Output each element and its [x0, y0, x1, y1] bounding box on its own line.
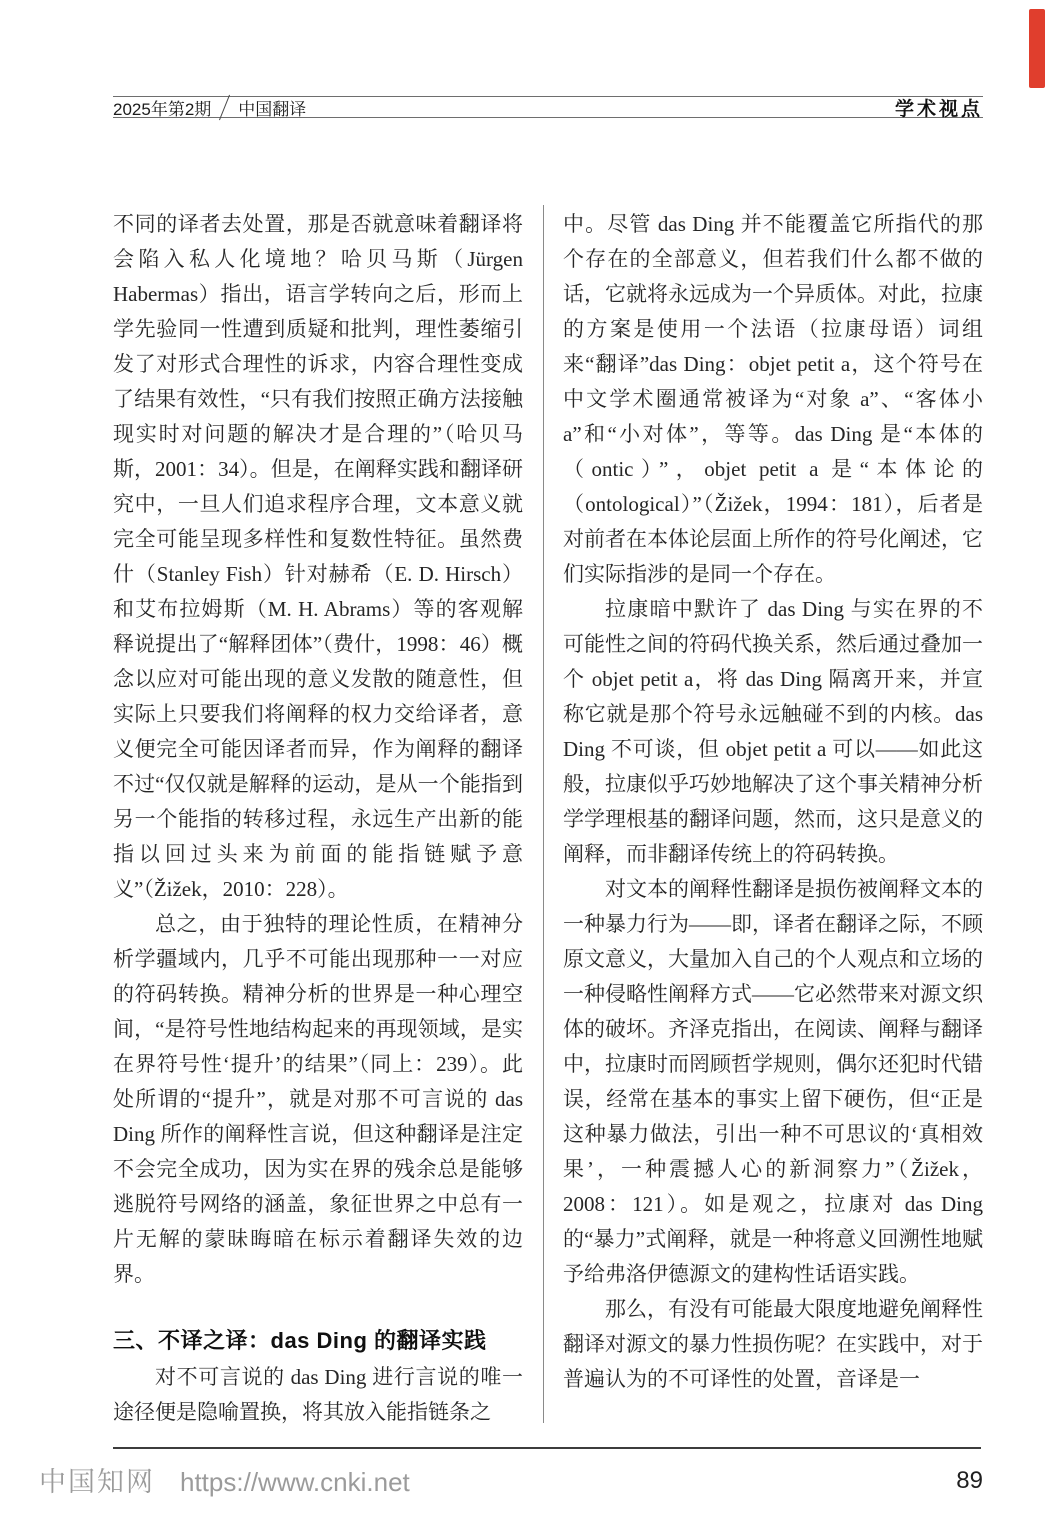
- body-paragraph: 对不可言说的 das Ding 进行言说的唯一途径便是隐喻置换，将其放入能指链条…: [113, 1360, 523, 1430]
- footer-rule: [113, 1447, 981, 1449]
- body-paragraph: 那么，有没有可能最大限度地避免阐释性翻译对源文的暴力性损伤呢？在实践中，对于普遍…: [563, 1292, 983, 1397]
- body-paragraph: 中。尽管 das Ding 并不能覆盖它所指代的那个存在的全部意义，但若我们什么…: [563, 207, 983, 592]
- body-paragraph: 拉康暗中默许了 das Ding 与实在界的不可能性之间的符码代换关系，然后通过…: [563, 592, 983, 872]
- slash-divider-icon: [219, 94, 230, 119]
- red-corner-tab: [1029, 9, 1045, 88]
- cnki-site-url: https://www.cnki.net: [180, 1467, 410, 1498]
- page-number: 89: [928, 1467, 983, 1495]
- page-header: 2025年第2期 中国翻译 学术视点: [113, 96, 983, 118]
- issue-label: 2025年第2期: [113, 95, 211, 120]
- column-divider: [543, 205, 544, 1423]
- body-paragraph: 总之，由于独特的理论性质，在精神分析学疆域内，几乎不可能出现那种一一对应的符码转…: [113, 907, 523, 1292]
- section-heading: 三、不译之译：das Ding 的翻译实践: [113, 1323, 523, 1359]
- header-left: 2025年第2期 中国翻译: [113, 94, 306, 121]
- body-paragraph: 不同的译者去处置，那是否就意味着翻译将会陷入私人化境地？哈贝马斯（Jürgen …: [113, 207, 523, 907]
- right-column: 中。尽管 das Ding 并不能覆盖它所指代的那个存在的全部意义，但若我们什么…: [563, 207, 983, 1397]
- journal-name: 中国翻译: [238, 95, 306, 120]
- left-column: 不同的译者去处置，那是否就意味着翻译将会陷入私人化境地？哈贝马斯（Jürgen …: [113, 207, 523, 1430]
- footer-branding: 中国知网 https://www.cnki.net: [39, 1460, 410, 1499]
- cnki-site-name: 中国知网: [39, 1460, 155, 1499]
- column-name-label: 学术视点: [895, 94, 983, 121]
- body-paragraph: 对文本的阐释性翻译是损伤被阐释文本的一种暴力行为——即，译者在翻译之际，不顾原文…: [563, 872, 983, 1292]
